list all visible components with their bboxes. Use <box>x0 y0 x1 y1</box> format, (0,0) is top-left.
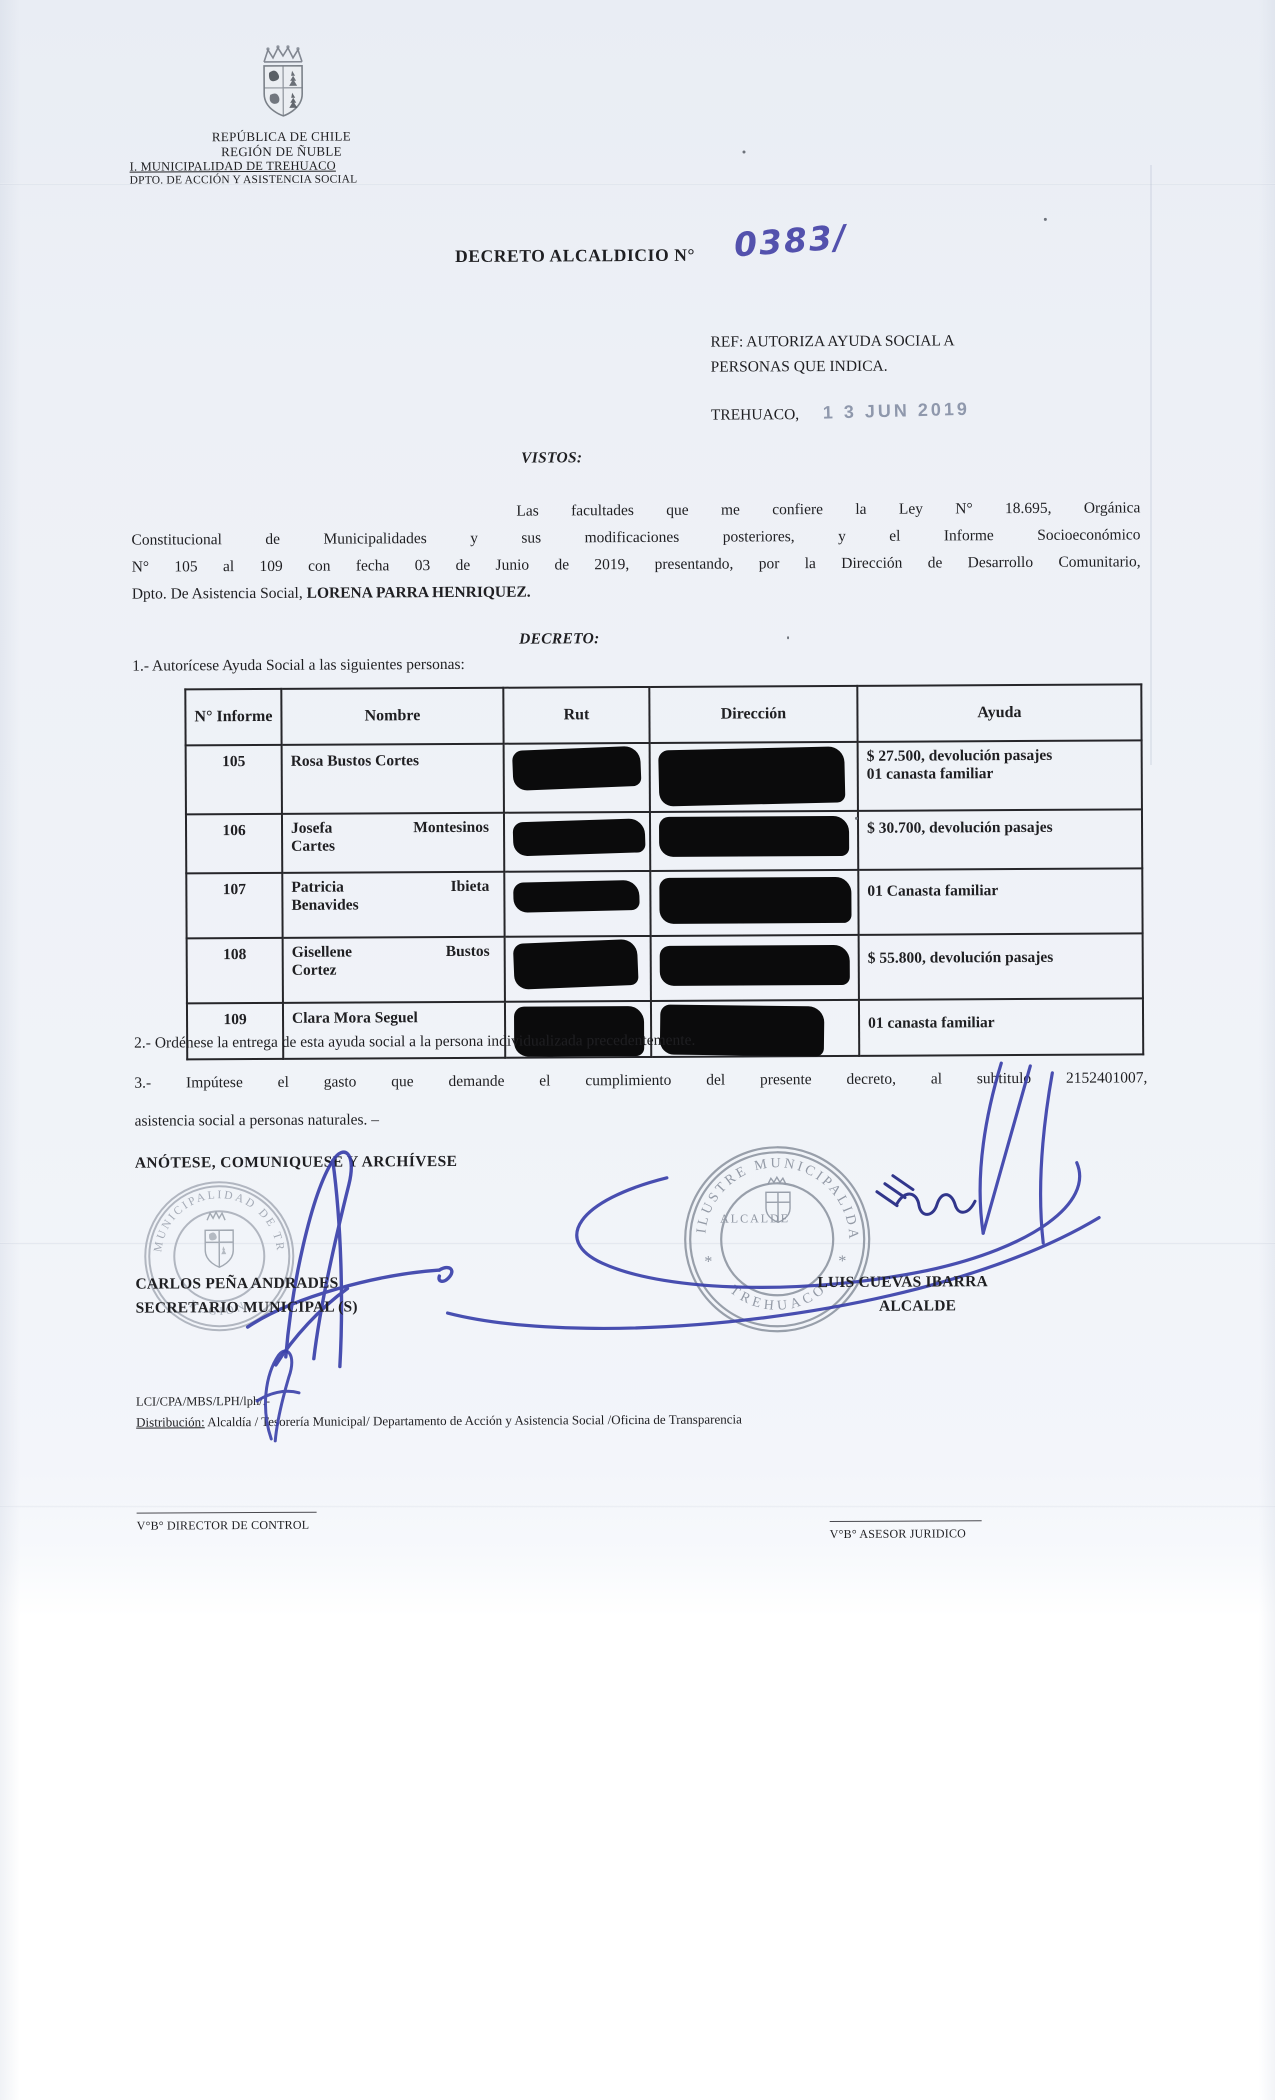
cell-informe: 107 <box>186 873 282 939</box>
redaction-mark <box>513 818 646 856</box>
column-header-rut: Rut <box>503 687 649 744</box>
cell-direccion <box>651 935 859 1001</box>
header-department: DPTO. DE ACCIÓN Y ASISTENCIA SOCIAL <box>130 173 358 186</box>
noise-dot <box>1044 218 1047 221</box>
noise-dot <box>855 817 858 820</box>
column-header-informe: N° Informe <box>185 689 281 746</box>
vb-asesor-sign-line <box>830 1520 982 1522</box>
signatory-left-title: SECRETARIO MUNICIPAL (S) <box>135 1295 357 1320</box>
cell-nombre: JosefaMontesinos Cartes <box>282 813 504 873</box>
cell-nombre: PatriciaIbieta Benavides <box>282 872 504 938</box>
nombre-word: Bustos <box>446 943 490 961</box>
ayuda-line: $ 30.700, devolución pasajes <box>867 818 1133 837</box>
presenter-name: LORENA PARRA HENRIQUEZ. <box>307 584 531 602</box>
header-municipality: I. MUNICIPALIDAD DE TREHUACO <box>130 159 336 175</box>
date-stamp: 1 3 JUN 2019 <box>823 399 971 424</box>
ayuda-line: 01 canasta familiar <box>867 764 1133 783</box>
nombre-word: Patricia <box>291 879 344 897</box>
distribution-line: Distribución: Alcaldía / Tesorería Munic… <box>136 1411 742 1430</box>
nombre-line: Cartes <box>291 837 495 856</box>
signatory-left-name: CARLOS PEÑA ANDRADES <box>135 1271 357 1296</box>
cell-ayuda: $ 27.500, devolución pasajes 01 canasta … <box>858 740 1142 810</box>
vistos-paragraph-line: Las facultades que me confiere la Ley N°… <box>516 499 1140 520</box>
cell-informe: 106 <box>186 814 282 874</box>
decree-item-1: 1.- Autorícese Ayuda Social a las siguie… <box>132 656 465 676</box>
vb-director-sign-line <box>137 1512 317 1514</box>
decreto-heading: DECRETO: <box>519 630 600 648</box>
redaction-mark <box>659 816 849 857</box>
vb-director-label: V°B° DIRECTOR DE CONTROL <box>137 1518 310 1534</box>
column-header-nombre: Nombre <box>281 688 503 745</box>
cell-informe: 105 <box>186 745 282 815</box>
vistos-paragraph-line: Dpto. De Asistencia Social, LORENA PARRA… <box>132 580 1141 603</box>
cell-nombre: Rosa Bustos Cortes <box>282 744 504 814</box>
distribution-label: Distribución: <box>136 1414 205 1429</box>
redaction-mark <box>513 880 640 913</box>
table-row: 107 PatriciaIbieta Benavides 01 Canasta … <box>186 868 1142 938</box>
vistos-last-line: Dpto. De Asistencia Social, <box>132 585 307 603</box>
nombre-word: Gisellene <box>292 944 352 962</box>
cell-direccion <box>650 870 858 936</box>
noise-dot <box>742 150 745 153</box>
cell-direccion <box>650 742 858 812</box>
nombre-line: Benavides <box>291 896 495 915</box>
cell-ayuda: $ 55.800, devolución pasajes <box>859 933 1143 999</box>
benefits-table: N° Informe Nombre Rut Dirección Ayuda 10… <box>184 683 1144 1060</box>
cell-rut <box>505 936 651 1002</box>
vistos-paragraph-line: Constitucional de Municipalidades y sus … <box>131 526 1140 549</box>
redaction-mark <box>660 945 850 986</box>
table-row: 105 Rosa Bustos Cortes $ 27.500, devoluc… <box>186 740 1142 814</box>
cell-rut <box>504 871 650 937</box>
ayuda-line: 01 Canasta familiar <box>867 881 1133 900</box>
redaction-mark <box>658 746 845 806</box>
vistos-heading: VISTOS: <box>521 449 582 467</box>
ayuda-line: $ 55.800, devolución pasajes <box>868 948 1134 967</box>
ref-line-1: REF: AUTORIZA AYUDA SOCIAL A <box>710 328 1040 355</box>
initials-ink-scribble-icon <box>241 1347 306 1443</box>
document-content: REPÚBLICA DE CHILE REGIÓN DE ÑUBLE I. MU… <box>0 0 1275 2100</box>
scanned-decree-page: REPÚBLICA DE CHILE REGIÓN DE ÑUBLE I. MU… <box>0 0 1275 2100</box>
ayuda-line: $ 27.500, devolución pasajes <box>867 746 1133 765</box>
column-header-ayuda: Ayuda <box>857 684 1141 741</box>
signatory-right-title: ALCALDE <box>817 1294 1017 1319</box>
redaction-mark <box>659 877 851 924</box>
signatory-right-name: LUIS CUEVAS IBARRA <box>817 1270 1017 1295</box>
vistos-paragraph-line: N° 105 al 109 con fecha 03 de Junio de 2… <box>132 553 1141 576</box>
table-header-row: N° Informe Nombre Rut Dirección Ayuda <box>185 684 1141 745</box>
cell-informe: 108 <box>187 938 283 1004</box>
table-row: 106 JosefaMontesinos Cartes $ 30.700, de… <box>186 809 1142 873</box>
signatory-left-block: CARLOS PEÑA ANDRADES SECRETARIO MUNICIPA… <box>135 1271 357 1320</box>
nombre-word: Montesinos <box>413 819 489 837</box>
signature-secretary-icon <box>187 1136 458 1372</box>
redaction-mark <box>512 746 642 791</box>
nombre-line: Cortez <box>292 961 496 980</box>
municipal-coat-of-arms-icon <box>243 42 321 130</box>
cell-ayuda: 01 Canasta familiar <box>858 868 1142 934</box>
ref-line-2: PERSONAS QUE INDICA. <box>711 353 1041 380</box>
signatory-right-block: LUIS CUEVAS IBARRA ALCALDE <box>817 1270 1017 1319</box>
cell-ayuda: $ 30.700, devolución pasajes <box>858 809 1142 869</box>
reference-block: REF: AUTORIZA AYUDA SOCIAL A PERSONAS QU… <box>710 328 1040 380</box>
cell-direccion <box>650 811 858 871</box>
ayuda-line: 01 canasta familiar <box>868 1013 1134 1032</box>
table-row: 108 GiselleneBustos Cortez $ 55.800, dev… <box>187 933 1143 1003</box>
column-header-direccion: Dirección <box>649 686 857 743</box>
cell-nombre: GiselleneBustos Cortez <box>283 937 505 1003</box>
decree-title: DECRETO ALCALDICIO N° <box>455 245 695 267</box>
decree-number-handwritten: 0383/ <box>733 217 850 264</box>
decree-item-3-line2: asistencia social a personas naturales. … <box>135 1111 380 1130</box>
redaction-mark <box>513 939 639 990</box>
nombre-word: Ibieta <box>451 878 490 896</box>
place-line: TREHUACO, <box>711 402 799 427</box>
vb-asesor-label: V°B° ASESOR JURIDICO <box>830 1526 966 1542</box>
noise-dot <box>787 636 789 639</box>
nombre-word: Josefa <box>291 820 332 838</box>
cell-rut <box>504 743 650 813</box>
cell-rut <box>504 812 650 872</box>
